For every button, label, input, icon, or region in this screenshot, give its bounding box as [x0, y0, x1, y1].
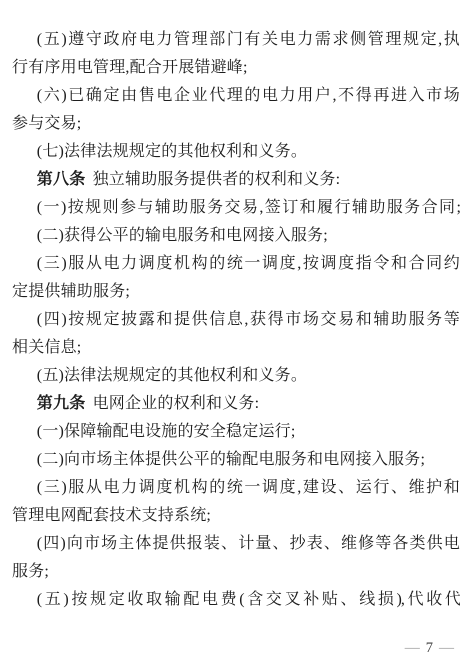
page-footer: —7—: [405, 636, 455, 660]
paragraph-line: 第八条独立辅助服务提供者的权利和义务:: [12, 166, 460, 194]
paragraph-line: 相关信息;: [12, 334, 460, 362]
paragraph: (二)获得公平的输电服务和电网接入服务;: [12, 222, 460, 250]
paragraph-line: (四)向市场主体提供报装、计量、抄表、维修等各类供电: [12, 530, 460, 558]
paragraph-line: (六)已确定由售电企业代理的电力用户,不得再进入市场: [12, 82, 460, 110]
paragraph-line: (五)按规定收取输配电费(含交叉补贴、线损),代收代: [12, 586, 460, 614]
paragraph: 第九条电网企业的权利和义务:: [12, 390, 460, 418]
paragraph: (六)已确定由售电企业代理的电力用户,不得再进入市场参与交易;: [12, 82, 460, 138]
paragraph: (七)法律法规规定的其他权利和义务。: [12, 138, 460, 166]
paragraph-line: (三)服从电力调度机构的统一调度,按调度指令和合同约: [12, 250, 460, 278]
document-body: (五)遵守政府电力管理部门有关电力需求侧管理规定,执行有序用电管理,配合开展错避…: [12, 26, 460, 614]
paragraph: (五)法律法规规定的其他权利和义务。: [12, 362, 460, 390]
paragraph-line: (七)法律法规规定的其他权利和义务。: [12, 138, 460, 166]
paragraph: (四)向市场主体提供报装、计量、抄表、维修等各类供电服务;: [12, 530, 460, 586]
paragraph: (四)按规定披露和提供信息,获得市场交易和辅助服务等相关信息;: [12, 306, 460, 362]
paragraph-line: 行有序用电管理,配合开展错避峰;: [12, 54, 460, 82]
paragraph: (五)按规定收取输配电费(含交叉补贴、线损),代收代: [12, 586, 460, 614]
paragraph-line: 管理电网配套技术支持系统;: [12, 502, 460, 530]
paragraph-line: (三)服从电力调度机构的统一调度,建设、运行、维护和: [12, 474, 460, 502]
paragraph-line: (五)遵守政府电力管理部门有关电力需求侧管理规定,执: [12, 26, 460, 54]
paragraph: (二)向市场主体提供公平的输配电服务和电网接入服务;: [12, 446, 460, 474]
paragraph-line: (四)按规定披露和提供信息,获得市场交易和辅助服务等: [12, 306, 460, 334]
paragraph-line: 第九条电网企业的权利和义务:: [12, 390, 460, 418]
footer-right-dash: —: [439, 640, 455, 656]
paragraph: 第八条独立辅助服务提供者的权利和义务:: [12, 166, 460, 194]
page-number: 7: [426, 640, 434, 656]
paragraph-line: (五)法律法规规定的其他权利和义务。: [12, 362, 460, 390]
paragraph-line: (一)按规则参与辅助服务交易,签订和履行辅助服务合同;: [12, 194, 460, 222]
paragraph-line: 定提供辅助服务;: [12, 278, 460, 306]
paragraph-line: (二)向市场主体提供公平的输配电服务和电网接入服务;: [12, 446, 460, 474]
paragraph-line: 服务;: [12, 558, 460, 586]
paragraph: (一)按规则参与辅助服务交易,签订和履行辅助服务合同;: [12, 194, 460, 222]
paragraph: (三)服从电力调度机构的统一调度,按调度指令和合同约定提供辅助服务;: [12, 250, 460, 306]
paragraph-line: 参与交易;: [12, 110, 460, 138]
paragraph-line: (二)获得公平的输电服务和电网接入服务;: [12, 222, 460, 250]
paragraph: (一)保障输配电设施的安全稳定运行;: [12, 418, 460, 446]
paragraph: (三)服从电力调度机构的统一调度,建设、运行、维护和管理电网配套技术支持系统;: [12, 474, 460, 530]
document-page: (五)遵守政府电力管理部门有关电力需求侧管理规定,执行有序用电管理,配合开展错避…: [0, 0, 471, 671]
paragraph-line: (一)保障输配电设施的安全稳定运行;: [12, 418, 460, 446]
paragraph: (五)遵守政府电力管理部门有关电力需求侧管理规定,执行有序用电管理,配合开展错避…: [12, 26, 460, 82]
footer-left-dash: —: [405, 640, 421, 656]
article-number-label: 第八条: [37, 171, 86, 188]
article-number-label: 第九条: [37, 395, 86, 412]
